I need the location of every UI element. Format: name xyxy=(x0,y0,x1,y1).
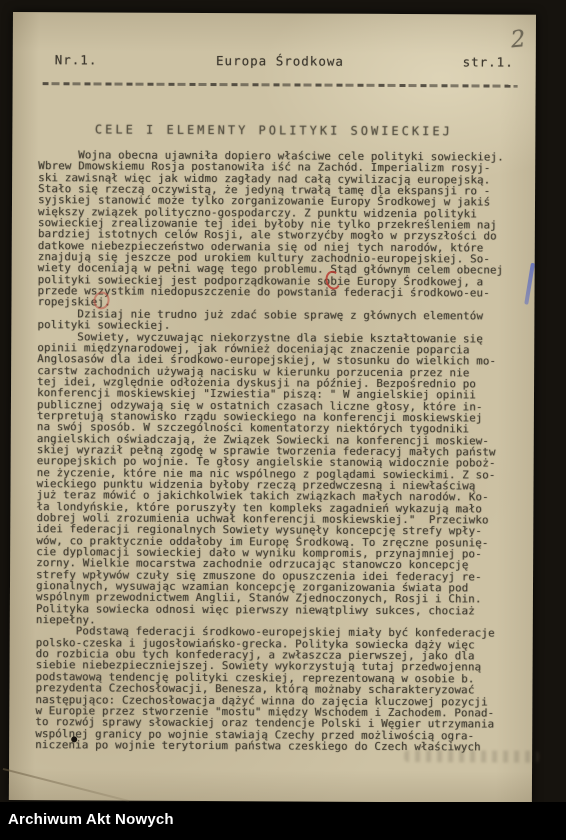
faded-ink-smudge xyxy=(404,750,539,763)
page-header: Nr.1. Europa Środkowa str.1. xyxy=(55,52,514,69)
document-page: 2 Nr.1. Europa Środkowa str.1. CELE I EL… xyxy=(9,12,536,803)
typed-divider-line xyxy=(43,82,518,87)
issue-number: Nr.1. xyxy=(55,52,98,67)
paper-crease xyxy=(3,768,129,802)
article-title: CELE I ELEMENTY POLITYKI SOWIECKIEJ xyxy=(12,122,535,139)
publication-title: Europa Środkowa xyxy=(216,53,344,69)
handwritten-page-number: 2 xyxy=(510,26,527,53)
ink-blot xyxy=(71,736,77,742)
blue-margin-mark xyxy=(524,263,534,305)
page-number: str.1. xyxy=(463,54,514,69)
article-body-text: Wojna obecna ujawniła dopiero właściwe c… xyxy=(35,149,504,753)
archive-watermark-bar: Archiwum Akt Nowych xyxy=(0,802,566,840)
scanned-document: 2 Nr.1. Europa Środkowa str.1. CELE I EL… xyxy=(0,0,566,840)
archive-watermark-label: Archiwum Akt Nowych xyxy=(8,811,174,828)
